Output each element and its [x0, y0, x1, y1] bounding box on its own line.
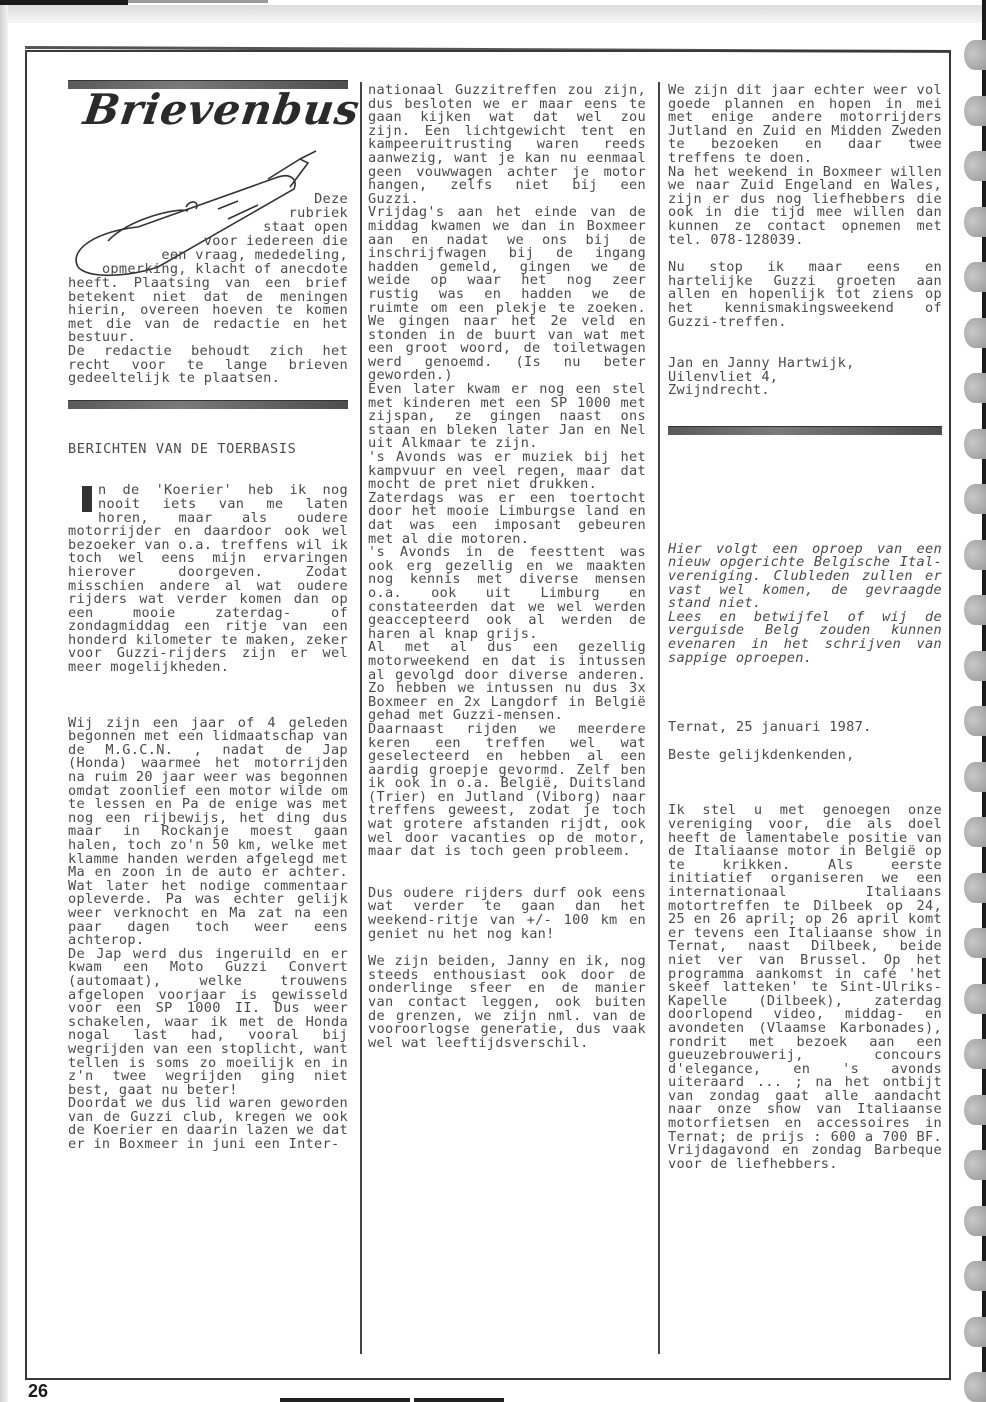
scan-edge-bottom	[414, 1398, 504, 1402]
binding-hole-icon	[964, 1039, 986, 1069]
scan-edge-light	[128, 0, 268, 3]
letter-paragraph: Nu stop ik maar eens en hartelijke Guzzi…	[668, 261, 942, 329]
binding-hole-icon	[964, 928, 986, 958]
letter-paragraph: We zijn beiden, Janny en ik, nog steeds …	[368, 955, 646, 1050]
binding-hole-icon	[964, 817, 986, 847]
binding-hole-icon	[964, 484, 986, 514]
letter-paragraph: We zijn dit jaar echter weer vol goede p…	[668, 84, 942, 166]
section-title: Brievenbus	[83, 103, 360, 117]
letter-paragraph: Doordat we dus lid waren geworden van de…	[68, 1097, 348, 1151]
binding-hole-icon	[964, 207, 986, 237]
binding-hole-icon	[964, 318, 986, 348]
section-bar	[668, 426, 942, 435]
letter-paragraph: nationaal Guzzitreffen zou zijn, dus bes…	[368, 84, 646, 206]
column-2: nationaal Guzzitreffen zou zijn, dus bes…	[368, 84, 646, 1050]
letter-paragraph: Dus oudere rijders durf ook eens wat ver…	[368, 887, 646, 941]
scan-edge-bottom	[280, 1398, 410, 1402]
letter-paragraph: Zaterdags was er een toertocht door het …	[368, 492, 646, 546]
scan-shadow-top	[0, 5, 986, 23]
letter-salutation: Beste gelijkdenkenden,	[668, 749, 942, 763]
binding-hole-icon	[964, 706, 986, 736]
letter-paragraph: n de 'Koerier' heb ik nog nooit iets van…	[68, 484, 348, 674]
intro-note: De redactie behoudt zich het recht voor …	[68, 345, 348, 386]
section-bar	[68, 400, 348, 409]
binding-hole-icon	[964, 1261, 986, 1291]
binding-hole-icon	[964, 1206, 986, 1236]
letter-paragraph: De Jap werd dus ingeruild en er kwam een…	[68, 948, 348, 1098]
binding-hole-icon	[964, 262, 986, 292]
letter-paragraph: Daarnaast rijden we meerdere keren een t…	[368, 723, 646, 859]
brievenbus-header: Brievenbus Deze rubriek staat open voor …	[68, 89, 348, 289]
letter-paragraph: Al met al dus een gezellig motorweekend …	[368, 641, 646, 723]
scan-shadow-left	[0, 5, 8, 1402]
dropcap-block-icon	[82, 486, 92, 512]
letter-paragraph: Na het weekend in Boxmeer willen we naar…	[668, 166, 942, 248]
binding-hole-icon	[964, 151, 986, 181]
letter-paragraph: Ik stel u met genoegen onze vereniging v…	[668, 804, 942, 1171]
column-3: We zijn dit jaar echter weer vol goede p…	[668, 84, 942, 1171]
binding-hole-icon	[964, 1317, 986, 1347]
letter-paragraph: Wij zijn een jaar of 4 geleden begonnen …	[68, 717, 348, 948]
letter-paragraph: Vrijdag's aan het einde van de middag kw…	[368, 206, 646, 383]
letter-heading: BERICHTEN VAN DE TOERBASIS	[68, 443, 348, 457]
signature-line: Zwijndrecht.	[668, 384, 942, 398]
letter-paragraph: 's Avonds was er muziek bij het kampvuur…	[368, 451, 646, 492]
binding-hole-icon	[964, 651, 986, 681]
binding-hole-icon	[964, 1095, 986, 1125]
editor-note: Hier volgt een oproep van een nieuw opge…	[668, 543, 942, 665]
column-divider	[360, 82, 362, 1354]
letter-place-date: Ternat, 25 januari 1987.	[668, 721, 942, 735]
binding-hole-icon	[964, 429, 986, 459]
scan-edge-dark	[0, 0, 128, 5]
binding-hole-icon	[964, 373, 986, 403]
letter-paragraph: Even later kwam er nog een stel met kind…	[368, 383, 646, 451]
page-number: 26	[28, 1381, 48, 1402]
column-divider	[658, 82, 660, 1354]
binding-hole-icon	[964, 762, 986, 792]
binding-hole-icon	[964, 96, 986, 126]
binding-hole-icon	[964, 984, 986, 1014]
binding-hole-icon	[964, 1372, 986, 1402]
intro-line: opmerking, klacht of anecdote	[102, 263, 348, 277]
binding-hole-icon	[964, 40, 986, 70]
column-1: Brievenbus Deze rubriek staat open voor …	[68, 80, 348, 1152]
letter-paragraph: 's Avonds in de feesttent was ook erg ge…	[368, 546, 646, 641]
binding-hole-icon	[964, 873, 986, 903]
binding-hole-icon	[964, 1150, 986, 1180]
binding-hole-icon	[964, 540, 986, 570]
binding-hole-icon	[964, 595, 986, 625]
